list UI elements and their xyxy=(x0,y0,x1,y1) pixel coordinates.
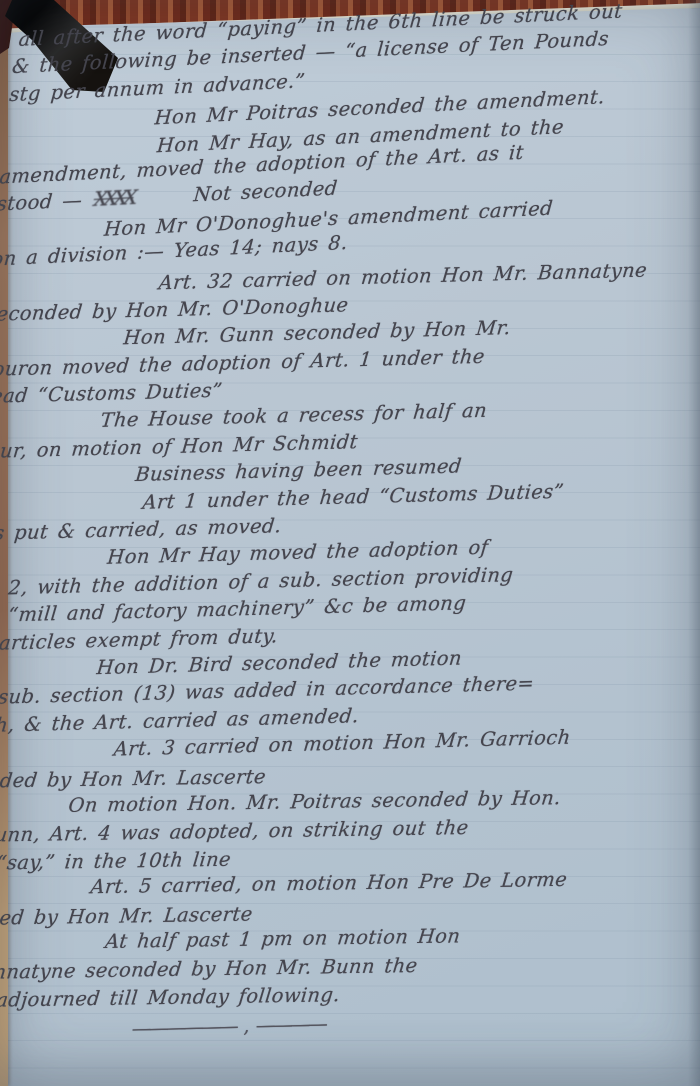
line-text: stood — xyxy=(0,188,93,216)
line-text: Not seconded xyxy=(193,177,339,207)
page-right-shadow xyxy=(688,0,700,1086)
strikethrough-scribble: XXXX xyxy=(93,186,134,211)
handwritten-text: all after the word “paying” in the 6th l… xyxy=(0,8,690,1045)
manuscript-photo: all after the word “paying” in the 6th l… xyxy=(0,0,700,1086)
